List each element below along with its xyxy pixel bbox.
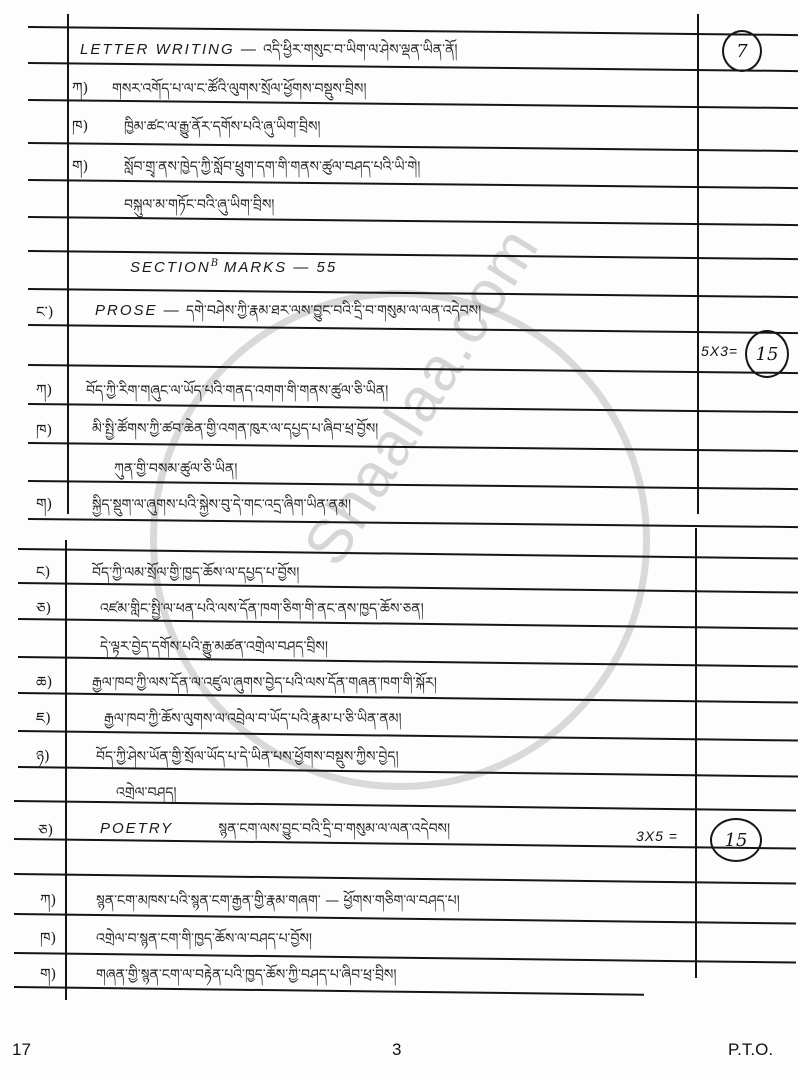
right-margin-line [695,528,697,978]
question-label: ཅ) [38,814,53,856]
answer-line: འཛམ་གླིང་སྤྱི་ལ་ཕན་པའི་ལས་དོན་ཁག་ཅིག་གི་… [100,592,424,632]
answer-line: བོད་ཀྱི་རིག་གཞུང་ལ་ཡོད་པའི་གནད་འགག་གི་གན… [86,374,388,414]
answer-line: གཞན་གྱི་སྙན་ངག་ལ་བརྟེན་པའི་ཁྱད་ཆོས་ཀྱི་བ… [96,958,397,998]
item-label: ཁ) [72,110,88,152]
item-label: ཉ) [36,740,50,782]
marks-circle: 15 [745,330,789,378]
rule-line [14,873,796,885]
marks-formula: 3X5 = [636,828,678,844]
answer-line: མི་སྤྱི་ཚོགས་ཀྱི་ཚབ་ཆེན་གྱི་འགན་ཁུར་ལ་དཔ… [92,412,378,452]
section-heading: SECTIONB MARKS — 55 [130,258,337,276]
answer-line: བསྐུལ་མ་གཏོང་བའི་ཞུ་ཡིག་བྲིས། [124,188,274,228]
question-label: ང་) [36,296,54,338]
letter-writing-instruction: འདི་ཕྱིར་གསུང་བ་ཡིག་ལ་ཤེས་ལྡན་ཡིན་ནོ། [263,42,457,58]
prose-heading: PROSE — དགེ་བཤེས་ཀྱི་རྣམ་ཐར་ལས་བྱུང་བའི་… [95,294,481,334]
page-number: 3 [392,1040,401,1060]
item-label: ག) [36,488,52,530]
please-turn-over: P.T.O. [728,1040,773,1060]
answer-line: གསར་འགོད་པ་ལ་ང་ཚོའི་ལུགས་སྲོལ་ཕྱོགས་བསྡུ… [112,72,366,112]
answer-line: ཀུན་གྱི་བསམ་ཚུལ་ཅི་ཡིན། [114,452,237,492]
prose-title: PROSE — [95,302,181,319]
answer-line: རྒྱལ་ཁབ་ཀྱི་ཆོས་ལུགས་ལ་འབྲེལ་བ་ཡོད་པའི་ར… [104,702,402,742]
answer-line: སྐྱིད་སྡུག་ལ་ཞུགས་པའི་སྐྱེས་བུ་དེ་གང་འདྲ… [92,488,351,528]
answer-line: འགྲེལ་བཤད། [116,776,177,816]
paper-code: 17 [12,1040,31,1060]
letter-writing-heading: LETTER WRITING — འདི་ཕྱིར་གསུང་བ་ཡིག་ལ་ཤ… [80,33,458,73]
answer-line: འགྲེལ་བ་སྙན་ངག་གི་ཁྱད་ཆོས་ལ་བཤད་པ་བྱོས། [96,922,312,962]
poetry-instruction: སྙན་ངག་ལས་བྱུང་བའི་དྲི་བ་གསུམ་ལ་ལན་འདེབས… [218,821,450,837]
item-label: ཀ) [72,72,88,114]
section-title: SECTION [130,259,211,276]
item-label: ཇ) [36,702,51,744]
answer-line: སྙན་ངག་མཁས་པའི་སྙན་ངག་རྒྱན་གྱི་རྣམ་གཞག་ … [96,884,460,924]
item-label: ཁ) [36,414,52,456]
item-label: ག) [72,150,88,192]
marks-circle: 15 [710,818,762,862]
poetry-title: POETRY [100,820,173,837]
item-label: ག) [40,958,56,1000]
section-letter: B [211,258,219,269]
answer-line: བོད་ཀྱི་ལམ་སྲོལ་གྱི་ཁྱད་ཆོས་ལ་དཔྱད་པ་བྱོ… [92,556,299,596]
item-label: ཅ) [36,592,51,634]
answer-line: ཁྱིམ་ཚང་ལ་རྒྱུ་ནོར་དགོས་པའི་ཞུ་ཡིག་བྲིས། [124,110,321,150]
marks-circle: 7 [722,30,762,72]
letter-writing-title: LETTER WRITING — [80,41,258,58]
right-margin-line [697,14,699,514]
answer-line: རྒྱལ་ཁབ་ཀྱི་ལས་དོན་ལ་འཛུལ་ཞུགས་བྱེད་པའི་… [92,666,437,706]
prose-instruction: དགེ་བཤེས་ཀྱི་རྣམ་ཐར་ལས་བྱུང་བའི་དྲི་བ་གས… [186,303,481,319]
left-margin-line [65,540,67,1000]
exam-page: Shaalaa.com LETTER WRITING — འདི་ཕྱིར་གས… [0,0,800,1081]
left-margin-line [67,14,69,514]
answer-line: བོད་ཀྱི་ཤེས་ཡོན་གྱི་སྲོལ་ཡོད་པ་དེ་ཡིན་པས… [96,740,399,780]
section-marks: MARKS — 55 [224,259,337,276]
item-label: ཀ) [40,884,56,926]
poetry-heading: POETRY སྙན་ངག་ལས་བྱུང་བའི་དྲི་བ་གསུམ་ལ་ལ… [100,812,450,852]
item-label: ཀ) [36,374,52,416]
answer-line: དེ་ལྟར་བྱེད་དགོས་པའི་རྒྱུ་མཚན་འགྲེལ་བཤད་… [100,630,328,670]
answer-line: སློབ་གྲྭ་ནས་ཁྱེད་ཀྱི་སློབ་ཕྲུག་དག་གི་གནས… [124,150,420,190]
marks-formula: 5X3= [701,343,738,359]
